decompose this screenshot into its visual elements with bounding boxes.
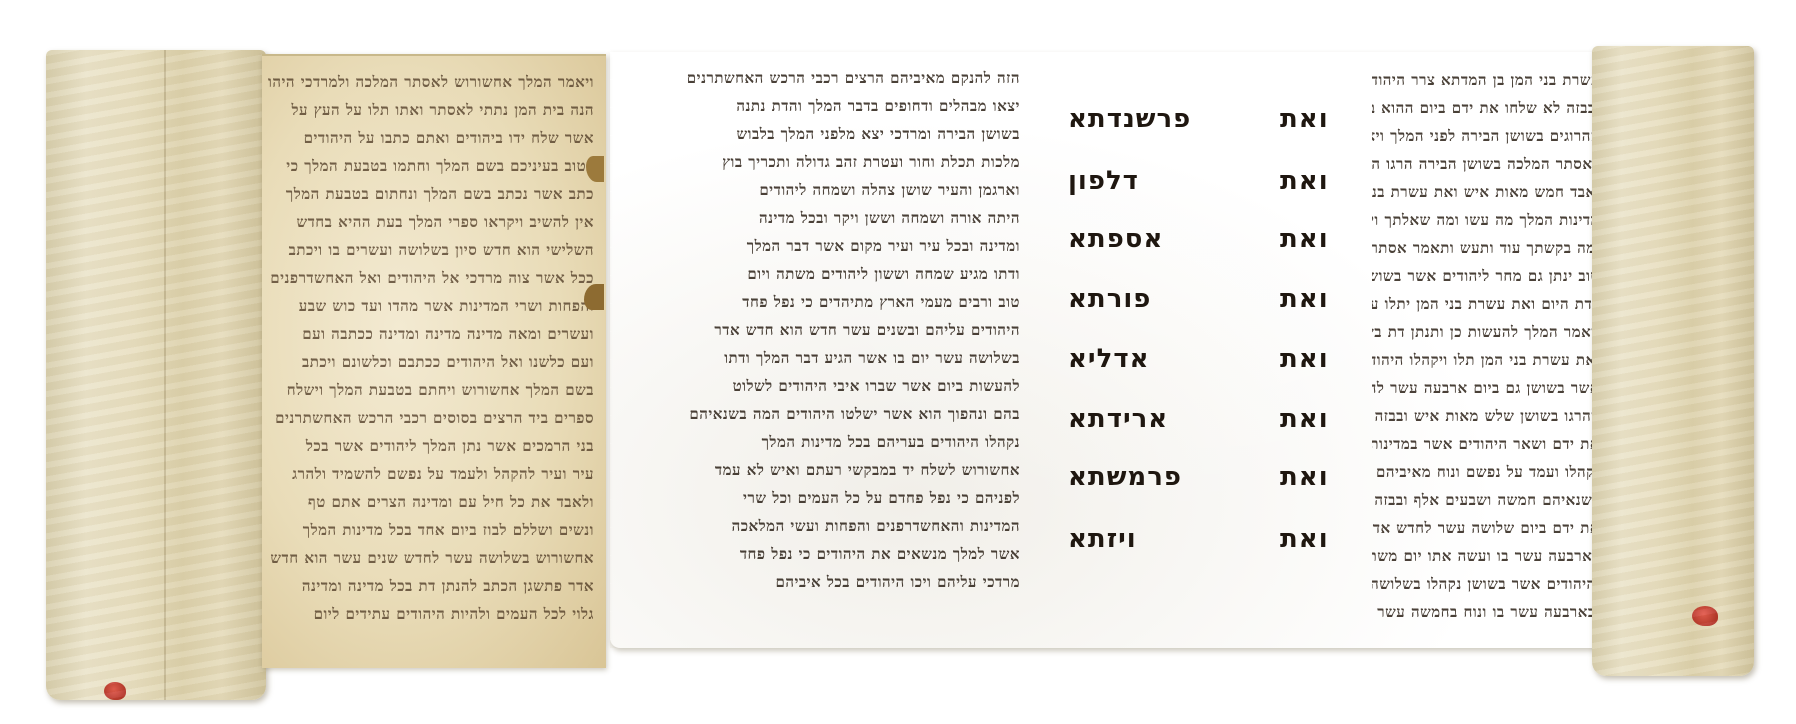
scroll-text-line: והפחות ושרי המדינות אשר מהדו ועד כוש שבע <box>268 292 594 320</box>
scroll-text-line: אחשורוש בשלושה עשר לחדש שנים עשר הוא חדש <box>268 544 594 572</box>
left-text-column: ויאמר המלך אחשורוש לאסתר המלכה ולמרדכי ה… <box>268 68 594 628</box>
scroll-text-line: אשר למלך מנשאים את היהודים כי נפל פחד <box>630 540 1020 568</box>
scroll-text-line: ומדינה ובכל עיר ועיר מקום אשר דבר המלך <box>630 232 1020 260</box>
scroll-text-line: בהם ונהפוך הוא אשר ישלטו היהודים המה בשנ… <box>630 400 1020 428</box>
haman-son-name: ארידתא <box>1068 404 1168 434</box>
scroll-text-line: ובבזה לא שלחו את ידם ביום ההוא בא מספר <box>1372 94 1600 122</box>
scroll-text-line: בשושן הבירה ומרדכי יצא מלפני המלך בלבוש <box>630 120 1020 148</box>
scroll-text-line: הנה בית המן נתתי לאסתר ואתו תלו על העץ ע… <box>268 96 594 124</box>
right-scroll-roller <box>1592 46 1754 676</box>
scroll-text-line: בשנאיהם חמשה ושבעים אלף ובבזה לא שלחו <box>1372 486 1600 514</box>
scroll-text-line: כתב אשר נכתב בשם המלך ונחתום בטבעת המלך <box>268 180 594 208</box>
scroll-text-line: להעשות ביום אשר שברו איבי היהודים לשלוט <box>630 372 1020 400</box>
scroll-text-line: יצאו מבהלים ודחופים בדבר המלך והדת נתנה <box>630 92 1020 120</box>
scroll-text-line: נקהלו ועמד על נפשם ונוח מאיביהם והרוג <box>1372 458 1600 486</box>
scroll-text-line: מלכות תכלת וחור ועטרת זהב גדולה ותכריך ב… <box>630 148 1020 176</box>
scroll-text-line: עיר ועיר להקהל ולעמד על נפשם להשמיד ולהר… <box>268 460 594 488</box>
scroll-text-line: טוב ורבים מעמי הארץ מתיהדים כי נפל פחד <box>630 288 1020 316</box>
scroll-text-line: לפניהם כי נפל פחדם על כל העמים וכל שרי <box>630 484 1020 512</box>
right-wax-seal <box>1692 606 1718 626</box>
scroll-text-line: ולאבד את כל חיל עם ומדינה הצרים אתם טף <box>268 488 594 516</box>
left-roller-fold <box>164 50 166 700</box>
scroll-text-line: המדינות והאחשדרפנים והפחות ועשי המלאכה <box>630 512 1020 540</box>
left-panel-tear <box>584 284 604 310</box>
scroll-text-line: אחשורוש לשלח יד במבקשי רעתם ואיש לא עמד <box>630 456 1020 484</box>
scroll-text-line: ההרוגים בשושן הבירה לפני המלך ויאמר המלך <box>1372 122 1600 150</box>
scroll-text-line: ומה בקשתך עוד ותעש ותאמר אסתר אם על המלך <box>1372 234 1600 262</box>
haman-son-name: אספתא <box>1068 224 1163 254</box>
scroll-text-line: בני הרמכים אשר נתן המלך ליהודים אשר בכל <box>268 432 594 460</box>
haman-son-name: דלפון <box>1068 166 1139 196</box>
scroll-text-line: ויאמר המלך אחשורוש לאסתר המלכה ולמרדכי ה… <box>268 68 594 96</box>
scroll-text-line: נקהלו היהודים בעריהם בכל מדינות המלך <box>630 428 1020 456</box>
scroll-text-line: מדינות המלך מה עשו ומה שאלתך וינתן לך <box>1372 206 1600 234</box>
middle-text-column: הזה להנקם מאיביהם הרצים רכבי הרכש האחשתר… <box>630 64 1020 596</box>
left-wax-seal <box>104 682 126 700</box>
scroll-text-line: כטוב בעיניכם בשם המלך וחתמו בטבעת המלך כ… <box>268 152 594 180</box>
scroll-text-line: ועם כלשנו ואל היהודים ככתבם וכלשונם ויכת… <box>268 348 594 376</box>
scroll-text-line: בארבעה עשר בו ועשה אתו יום משתה ושמחה <box>1372 542 1600 570</box>
scroll-text-line: ויאמר המלך להעשות כן ותנתן דת בשושן <box>1372 318 1600 346</box>
scroll-text-line: הזה להנקם מאיביהם הרצים רכבי הרכש האחשתר… <box>630 64 1020 92</box>
scroll-text-line: את ידם ושאר היהודים אשר במדינות המלך <box>1372 430 1600 458</box>
haman-sons-list: פרשנדתאואתדלפוןואתאספתאואתפורתאואתאדליאו… <box>1030 52 1380 648</box>
scroll-text-line: כדת היום ואת עשרת בני המן יתלו על העץ <box>1372 290 1600 318</box>
haman-son-name: פורתא <box>1068 284 1151 314</box>
scroll-text-line: לאסתר המלכה בשושן הבירה הרגו היהודים <box>1372 150 1600 178</box>
scroll-text-line: אשר בשושן גם ביום ארבעה עשר לחדש אדר <box>1372 374 1600 402</box>
haman-son-name: פרמשתא <box>1068 462 1182 492</box>
scroll-text-line: וארגמן והעיר שושן צהלה ושמחה ליהודים <box>630 176 1020 204</box>
scroll-text-line: ואת עשרת בני המן תלו ויקהלו היהודים <box>1372 346 1600 374</box>
haman-son-name: פרשנדתא <box>1068 104 1191 134</box>
ve-et-conjunction: ואת <box>1280 404 1329 434</box>
ve-et-conjunction: ואת <box>1280 284 1329 314</box>
scroll-text-line: ודתו מגיע שמחה וששון ליהודים משתה ויום <box>630 260 1020 288</box>
scroll-text-line: מרדכי עליהם ויכו היהודים בכל איביהם <box>630 568 1020 596</box>
scroll-text-line: ויהרגו בשושן שלש מאות איש ובבזה לא שלחו <box>1372 402 1600 430</box>
scroll-text-line: גלוי לכל העמים ולהיות היהודים עתידים ליו… <box>268 600 594 628</box>
scroll-text-line: ועשרים ומאה מדינה מדינה ומדינה ככתבה ועם <box>268 320 594 348</box>
scroll-text-line: ככל אשר צוה מרדכי אל היהודים ואל האחשדרפ… <box>268 264 594 292</box>
ve-et-conjunction: ואת <box>1280 224 1329 254</box>
haman-son-name: ויזתא <box>1068 524 1137 554</box>
scroll-text-line: ספרים ביד הרצים בסוסים רכבי הרכש האחשתרנ… <box>268 404 594 432</box>
scroll-text-line: בשם המלך אחשורוש ויחתם בטבעת המלך וישלח <box>268 376 594 404</box>
scroll-text-line: עשרת בני המן בן המדתא צרר היהודים הרגו <box>1372 66 1600 94</box>
scroll-text-line: והיהודים אשר בשושן נקהלו בשלושה עשר בו <box>1372 570 1600 598</box>
ve-et-conjunction: ואת <box>1280 344 1329 374</box>
scroll-text-line: את ידם ביום שלושה עשר לחדש אדר ונוח <box>1372 514 1600 542</box>
scroll-text-line: היהודים עליהם ובשנים עשר חדש הוא חדש אדר <box>630 316 1020 344</box>
left-panel-tear <box>586 156 604 182</box>
right-text-column: עשרת בני המן בן המדתא צרר היהודים הרגווב… <box>1372 66 1600 626</box>
scroll-text-line: טוב ינתן גם מחר ליהודים אשר בשושן לעשות <box>1372 262 1600 290</box>
scroll-text-line: ובארבעה עשר בו ונוח בחמשה עשר בו <box>1372 598 1600 626</box>
scroll-text-line: אשר שלח ידו ביהודים ואתם כתבו על היהודים <box>268 124 594 152</box>
left-parchment-panel: ויאמר המלך אחשורוש לאסתר המלכה ולמרדכי ה… <box>262 54 606 668</box>
scroll-text-line: השלישי הוא חדש סיון בשלושה ועשרים בו ויכ… <box>268 236 594 264</box>
left-scroll-roller <box>46 50 266 700</box>
main-parchment-panel: הזה להנקם מאיביהם הרצים רכבי הרכש האחשתר… <box>610 52 1600 648</box>
ve-et-conjunction: ואת <box>1280 462 1329 492</box>
ve-et-conjunction: ואת <box>1280 524 1329 554</box>
ve-et-conjunction: ואת <box>1280 104 1329 134</box>
scroll-text-line: היתה אורה ושמחה וששן ויקר ובכל מדינה <box>630 204 1020 232</box>
ve-et-conjunction: ואת <box>1280 166 1329 196</box>
scroll-text-line: ונשים ושללם לבוז ביום אחד בכל מדינות המל… <box>268 516 594 544</box>
scroll-text-line: בשלושה עשר יום בו אשר הגיע דבר המלך ודתו <box>630 344 1020 372</box>
scroll-text-line: ואבד חמש מאות איש ואת עשרת בני המן בשאר <box>1372 178 1600 206</box>
haman-son-name: אדליא <box>1068 344 1150 374</box>
scroll-text-line: אין להשיב ויקראו ספרי המלך בעת ההיא בחדש <box>268 208 594 236</box>
scroll-text-line: אדר פתשגן הכתב להנתן דת בכל מדינה ומדינה <box>268 572 594 600</box>
